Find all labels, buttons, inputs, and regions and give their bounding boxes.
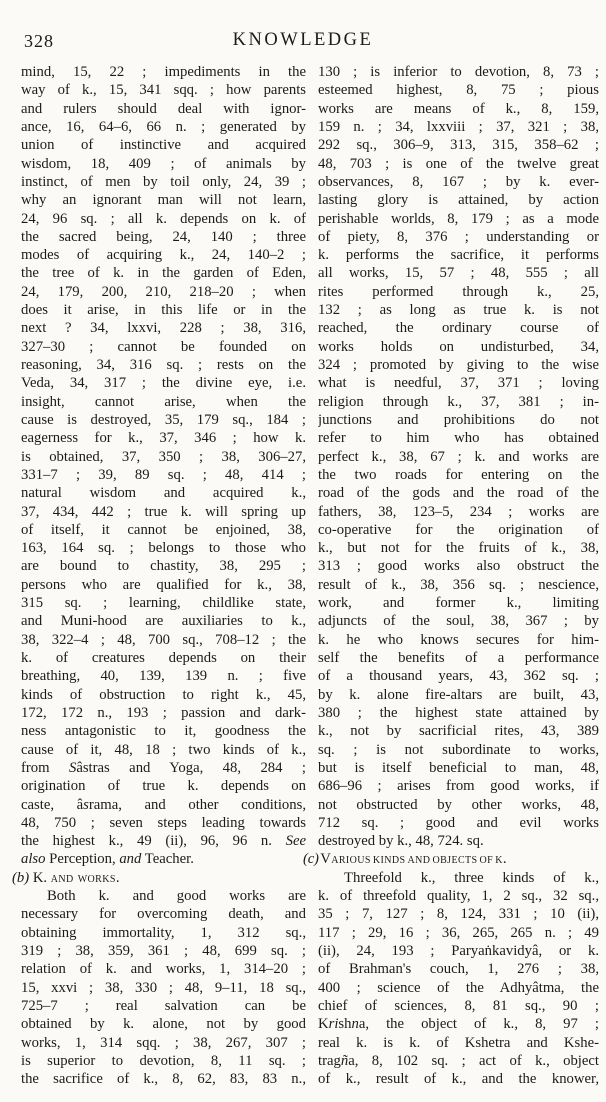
text-line: of itself, it cannot be enjoined, 38,: [21, 521, 306, 539]
text-line: from Sâstras and Yoga, 48, 284 ;: [21, 759, 306, 777]
book-page: { "page": { "number": "328", "header": "…: [0, 0, 606, 1102]
text-line: natural wisdom and acquired k.,: [21, 484, 306, 502]
text-line: and rulers should deal with ignor-: [21, 100, 306, 118]
text-line: also Perception, and Teacher.: [21, 850, 306, 868]
text-line: caste, âsrama, and other conditions,: [21, 796, 306, 814]
text-line: 132 ; as long as true k. is not: [318, 301, 599, 319]
text-line: rites performed through k., 25,: [318, 283, 599, 301]
text-line: mind, 15, 22 ; impediments in the: [21, 63, 306, 81]
text-line: refer to him who has obtained: [318, 429, 599, 447]
text-line: (ii), 24, 193 ; Paryaṅkavidyâ, or k.: [318, 942, 599, 960]
text-line: 292 sq., 306–9, 313, 315, 358–62 ;: [318, 136, 599, 154]
text-line: the sacrifice of k., 8, 62, 83, 83 n.,: [21, 1070, 306, 1088]
text-line: co-operative for the origination of: [318, 521, 599, 539]
text-line: kinds of obstruction to right k., 45,: [21, 686, 306, 704]
text-line: Krishna, the object of k., 8, 97 ;: [318, 1015, 599, 1033]
text-line: Threefold k., three kinds of k.,: [318, 869, 599, 887]
column-right: 130 ; is inferior to devotion, 8, 73 ;es…: [318, 63, 599, 1089]
text-line: perfect k., 38, 67 ; k. and works are: [318, 448, 599, 466]
text-line: is superior to devotion, 8, 11 sq. ;: [21, 1052, 306, 1070]
text-line: by k. alone fire-altars are built, 43,: [318, 686, 599, 704]
text-line: breathing, 40, 139, 139 n. ; five: [21, 667, 306, 685]
text-line: k. of threefold quality, 1, 2 sq., 32 sq…: [318, 887, 599, 905]
text-line: obtaining immortality, 1, 312 sq.,: [21, 924, 306, 942]
text-line: 331–7 ; 39, 89 sq. ; 48, 414 ;: [21, 466, 306, 484]
text-line: 159 n. ; 34, lxxviii ; 37, 321 ; 38,: [318, 118, 599, 136]
text-line: 24, 96 sq. ; all k. depends on k. of: [21, 210, 306, 228]
text-line: insight, cannot arise, when the: [21, 393, 306, 411]
text-line: reasoning, 34, 316 sq. ; rests on the: [21, 356, 306, 374]
text-line: the highest k., 49 (ii), 96, 96 n. See: [21, 832, 306, 850]
text-line: necessary for overcoming death, and: [21, 905, 306, 923]
text-line: 686–96 ; arises from good works, if: [318, 777, 599, 795]
text-line: not obstructed by other works, 48,: [318, 796, 599, 814]
text-line: and Muni-hood are auxiliaries to k.,: [21, 612, 306, 630]
text-line: all works, 15, 57 ; 48, 555 ; all: [318, 264, 599, 282]
column-left: mind, 15, 22 ; impediments in theway of …: [21, 63, 306, 1089]
text-line: 315 sq. ; learning, childlike state,: [21, 594, 306, 612]
text-line: are bound to chastity, 38, 295 ;: [21, 557, 306, 575]
text-line: Both k. and good works are: [21, 887, 306, 905]
text-line: of k., result of k., and the knower,: [318, 1070, 599, 1088]
text-line: works, 1, 314 sqq. ; 38, 267, 307 ;: [21, 1034, 306, 1052]
text-line: what is needful, 37, 371 ; loving: [318, 374, 599, 392]
text-line: wisdom, 18, 409 ; of animals by: [21, 155, 306, 173]
text-line: junctions and prohibitions do not: [318, 411, 599, 429]
text-line: origination of true k. depends on: [21, 777, 306, 795]
text-line: why an ignorant man will not learn,: [21, 191, 306, 209]
text-line: way of k., 15, 341 sqq. ; how parents: [21, 81, 306, 99]
text-line: ness antagonistic to it, goodness the: [21, 722, 306, 740]
text-line: destroyed by k., 48, 724. sq.: [318, 832, 599, 850]
text-line: road of the gods and the road of the: [318, 484, 599, 502]
running-head-title: KNOWLEDGE: [0, 30, 606, 51]
text-line: 163, 164 sq. ; belongs to those who: [21, 539, 306, 557]
text-line: the sacred being, 24, 140 ; three: [21, 228, 306, 246]
text-line: 130 ; is inferior to devotion, 8, 73 ;: [318, 63, 599, 81]
text-line: k. performs the sacrifice, it performs: [318, 246, 599, 264]
text-line: work, and former k., limiting: [318, 594, 599, 612]
text-line: the two roads for entering on the: [318, 466, 599, 484]
text-line: 38, 322–4 ; 48, 700 sq., 708–12 ; the: [21, 631, 306, 649]
text-line: sq. ; is not subordinate to works,: [318, 741, 599, 759]
text-line: tragña, 8, 102 sq. ; act of k., object: [318, 1052, 599, 1070]
text-line: eagerness for k., 37, 346 ; how k.: [21, 429, 306, 447]
text-line: chief of sciences, 8, 81 sq., 90 ;: [318, 997, 599, 1015]
text-line: 327–30 ; cannot be founded on: [21, 338, 306, 356]
text-line: 400 ; science of the Adhyâtma, the: [318, 979, 599, 997]
text-line: modes of acquiring k., 24, 140–2 ;: [21, 246, 306, 264]
text-line: 35 ; 7, 127 ; 8, 124, 331 ; 10 (ii),: [318, 905, 599, 923]
text-line: 172, 172 n., 193 ; passion and dark-: [21, 704, 306, 722]
text-line: 380 ; the highest state attained by: [318, 704, 599, 722]
text-line: of a thousand years, 43, 362 sq. ;: [318, 667, 599, 685]
text-line: result of k., 38, 356 sq. ; nescience,: [318, 576, 599, 594]
text-line: observances, 8, 167 ; by k. ever-: [318, 173, 599, 191]
text-line: 313 ; good works also obstruct the: [318, 557, 599, 575]
text-line: perishable worlds, 8, 179 ; as a mode: [318, 210, 599, 228]
text-line: persons who are qualified for k., 38,: [21, 576, 306, 594]
text-line: of piety, 8, 376 ; understanding or: [318, 228, 599, 246]
text-line: next ? 34, lxxvi, 228 ; 38, 316,: [21, 319, 306, 337]
text-line: union of instinctive and acquired: [21, 136, 306, 154]
text-line: relation of k. and works, 1, 314–20 ;: [21, 960, 306, 978]
text-line: (c) Various kinds and objects of k.: [303, 850, 599, 868]
text-line: fathers, 38, 123–5, 234 ; works are: [318, 503, 599, 521]
text-line: 725–7 ; real salvation can be: [21, 997, 306, 1015]
text-line: (b) K. and works.: [12, 869, 306, 887]
text-line: Veda, 34, 317 ; the divine eye, i.e.: [21, 374, 306, 392]
text-line: cause is destroyed, 35, 179 sq., 184 ;: [21, 411, 306, 429]
text-line: k., but not for the fruits of k., 38,: [318, 539, 599, 557]
text-line: self the benefits of a performance: [318, 649, 599, 667]
text-line: real k. is k. of Kshetra and Kshe-: [318, 1034, 599, 1052]
text-line: reached, the ordinary course of: [318, 319, 599, 337]
text-line: works are means of k., 8, 159,: [318, 100, 599, 118]
text-line: lasting glory is attained, by action: [318, 191, 599, 209]
text-line: religion through k., 37, 381 ; in-: [318, 393, 599, 411]
text-line: esteemed highest, 8, 75 ; pious: [318, 81, 599, 99]
text-line: k. he who knows secures for him-: [318, 631, 599, 649]
text-line: the tree of k. in the garden of Eden,: [21, 264, 306, 282]
text-line: k., not by sacrificial rites, 43, 389: [318, 722, 599, 740]
text-line: 37, 434, 442 ; true k. will spring up: [21, 503, 306, 521]
text-line: 48, 750 ; seven steps leading towards: [21, 814, 306, 832]
text-line: 319 ; 38, 359, 361 ; 48, 699 sq. ;: [21, 942, 306, 960]
text-line: 15, xxvi ; 38, 330 ; 48, 9–11, 18 sq.,: [21, 979, 306, 997]
text-line: 324 ; promoted by giving to the wise: [318, 356, 599, 374]
text-line: cause of it, 48, 18 ; two kinds of k.,: [21, 741, 306, 759]
text-line: instinct, of men by toil only, 24, 39 ;: [21, 173, 306, 191]
text-line: 712 sq. ; good and evil works: [318, 814, 599, 832]
text-line: works holds on undisturbed, 34,: [318, 338, 599, 356]
text-line: does it arise, in this life or in the: [21, 301, 306, 319]
text-line: is obtained, 37, 350 ; 38, 306–27,: [21, 448, 306, 466]
text-line: ance, 16, 64–6, 66 n. ; generated by: [21, 118, 306, 136]
text-line: obtained by k. alone, not by good: [21, 1015, 306, 1033]
text-line: 117 ; 29, 16 ; 36, 265, 265 n. ; 49: [318, 924, 599, 942]
text-line: 24, 179, 200, 210, 218–20 ; when: [21, 283, 306, 301]
text-line: but is itself beneficial to man, 48,: [318, 759, 599, 777]
text-line: of Brahman's couch, 1, 276 ; 38,: [318, 960, 599, 978]
text-line: k. of creatures depends on their: [21, 649, 306, 667]
text-line: adjuncts of the soul, 38, 367 ; by: [318, 612, 599, 630]
text-line: 48, 703 ; is one of the twelve great: [318, 155, 599, 173]
